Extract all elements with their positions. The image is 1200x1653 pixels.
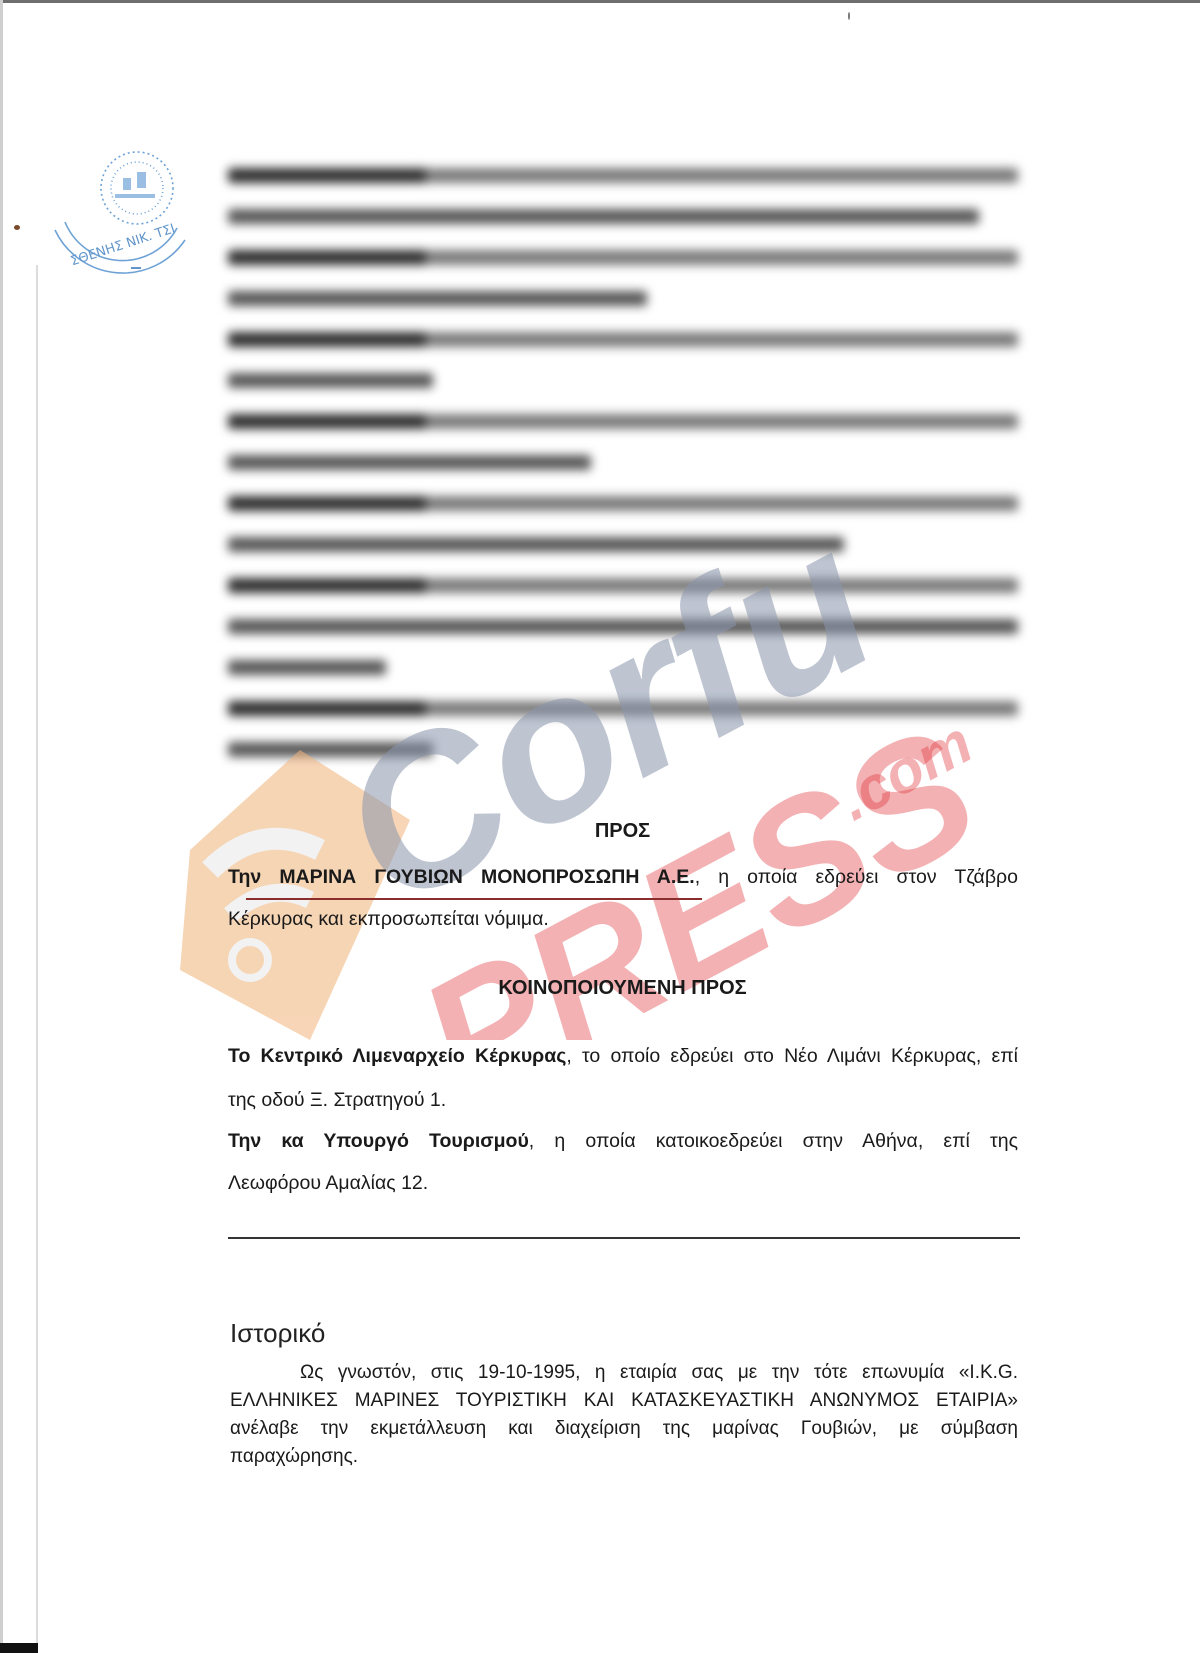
speck [848,12,850,20]
cc-recipient-2-line1: Την κα Υπουργό Τουρισμού, η οποία κατοικ… [228,1130,1018,1153]
history-title: Ιστορικό [230,1318,325,1349]
to-recipient-line2: Κέρκυρας και εκπροσωπείται νόμιμα. [228,908,549,931]
recipient-underline [246,898,702,900]
speck [14,225,20,230]
scan-corner-mark [0,1643,38,1653]
history-line-3: ανέλαβε την εκμετάλλευση και διαχείριση … [230,1418,1018,1440]
scan-edge-top [0,0,1200,3]
cc-recipient-1-name: Το Κεντρικό Λιμεναρχείο Κέρκυρας [228,1045,566,1067]
scan-edge-inner [36,265,38,1650]
redacted-parties-list [228,168,1018,783]
to-recipient-line1: Την ΜΑΡΙΝΑ ΓΟΥΒΙΩΝ ΜΟΝΟΠΡΟΣΩΠΗ Α.Ε., η ο… [228,866,1018,889]
cc-recipient-2-line2: Λεωφόρου Αμαλίας 12. [228,1172,428,1195]
cc-heading: ΚΟΙΝΟΠΟΙΟΥΜΕΝΗ ΠΡΟΣ [0,977,1200,1000]
official-stamp-icon: ΣΘΕΝΗΣ ΝΙΚ. ΤΣΙ [45,120,215,290]
cc-recipient-2-name: Την κα Υπουργό Τουρισμού [228,1130,529,1152]
to-recipient-name: Την ΜΑΡΙΝΑ ΓΟΥΒΙΩΝ ΜΟΝΟΠΡΟΣΩΠΗ Α.Ε. [228,866,695,888]
cc-recipient-2-address: , η οποία κατοικοεδρεύει στην Αθήνα, επί… [529,1130,1018,1152]
to-recipient-address: , η οποία εδρεύει στον Τζάβρο [695,866,1018,888]
cc-recipient-1-address: , το οποίο εδρεύει στο Νέο Λιμάνι Κέρκυρ… [566,1045,1018,1067]
separator-rule [228,1237,1020,1239]
history-line-2: ΕΛΛΗΝΙΚΕΣ ΜΑΡΙΝΕΣ ΤΟΥΡΙΣΤΙΚΗ ΚΑΙ ΚΑΤΑΣΚΕ… [230,1390,1018,1412]
history-line-4: παραχώρησης. [230,1446,1018,1468]
cc-recipient-1-line1: Το Κεντρικό Λιμεναρχείο Κέρκυρας, το οπο… [228,1045,1018,1068]
to-heading: ΠΡΟΣ [0,820,1200,843]
cc-recipient-1-line2: της οδού Ξ. Στρατηγού 1. [228,1089,446,1112]
history-line-1: Ως γνωστόν, στις 19-10-1995, η εταιρία σ… [230,1362,1018,1384]
